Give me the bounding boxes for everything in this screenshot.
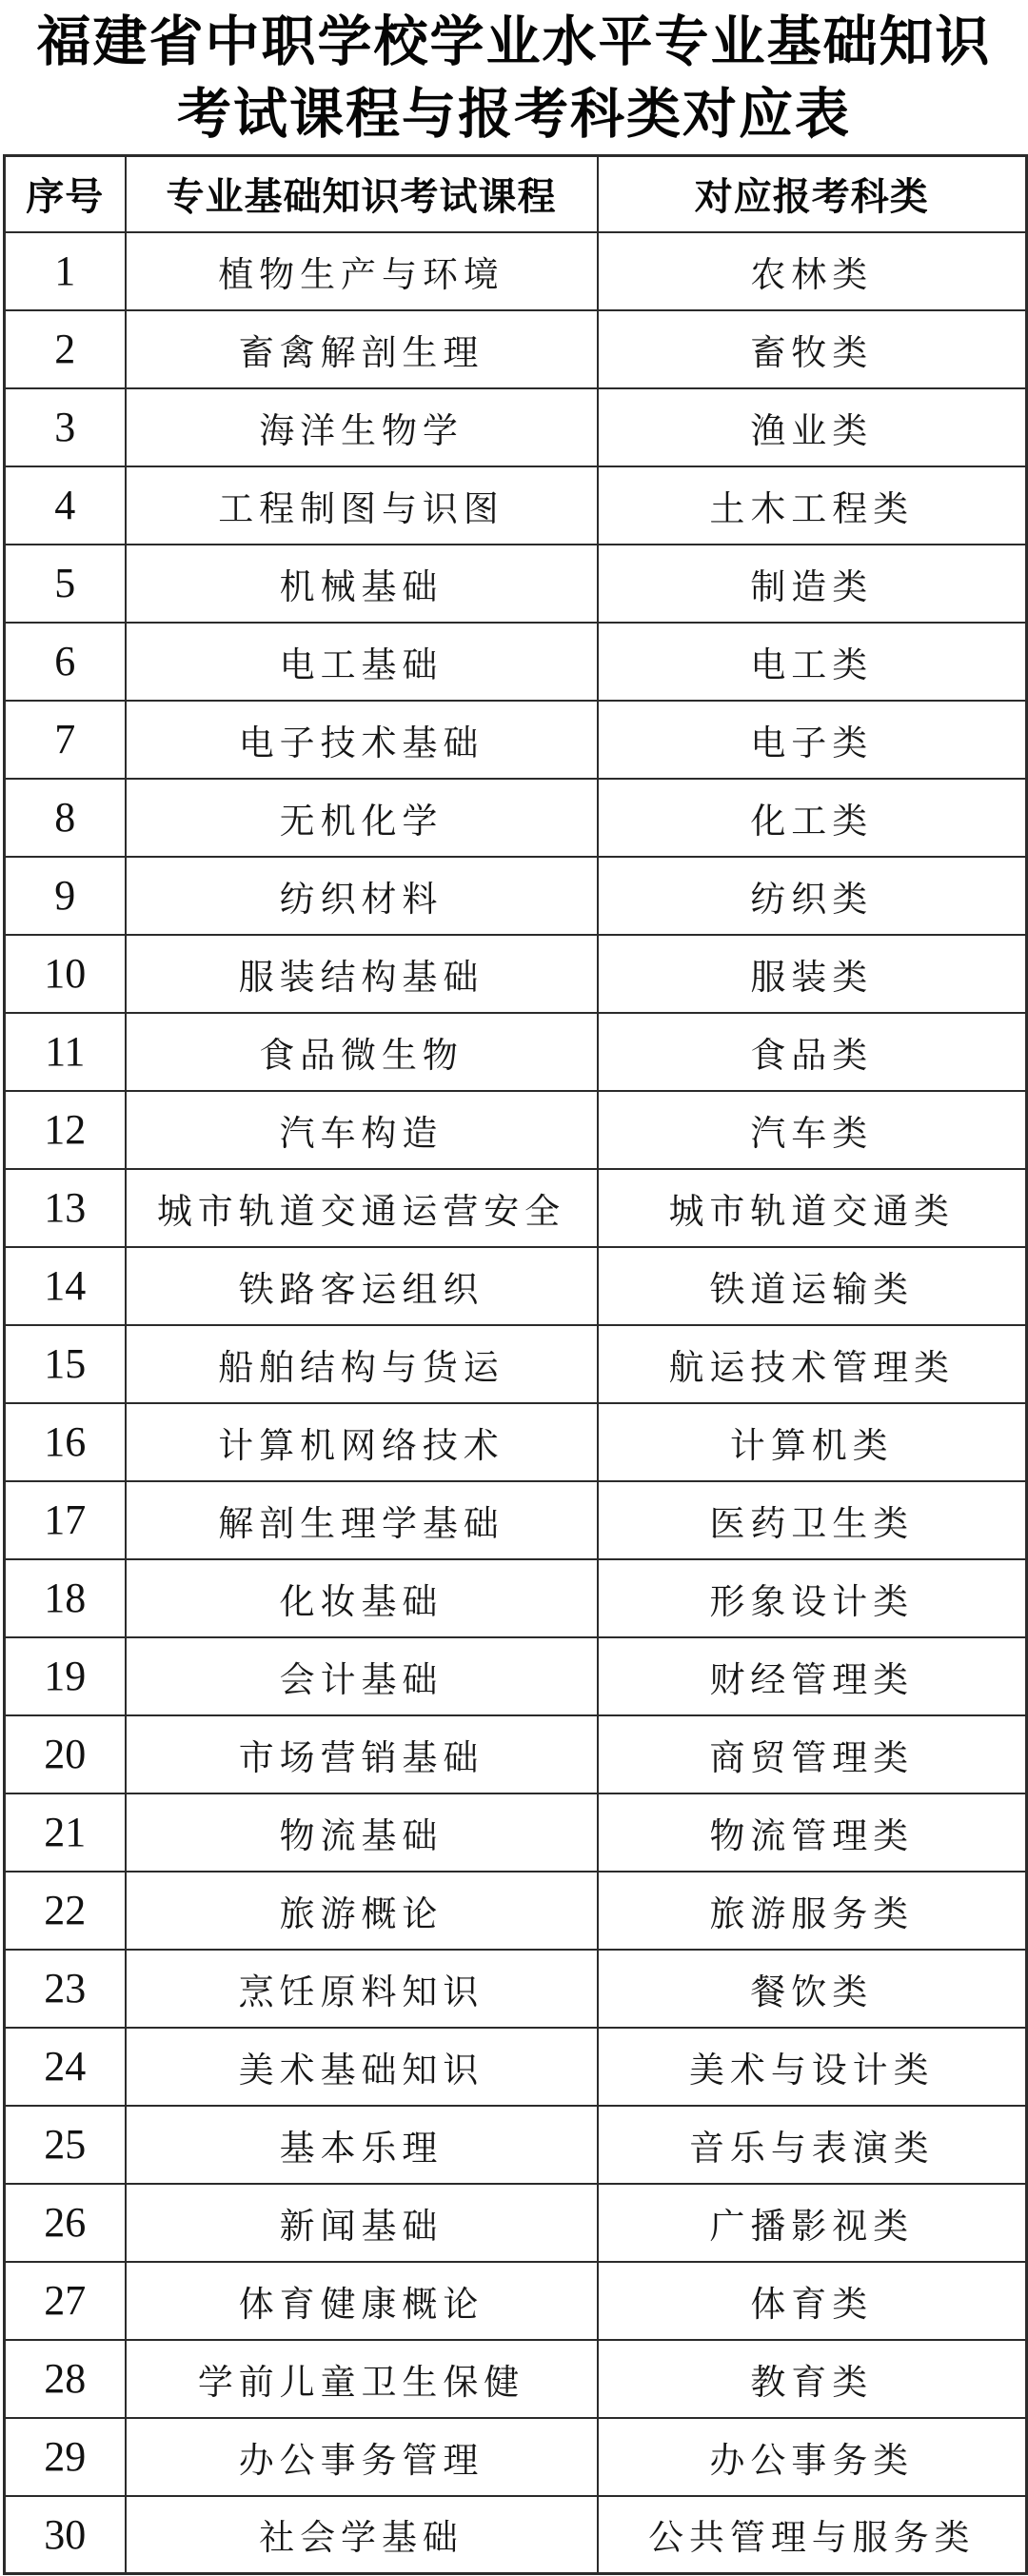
- category-cell: 公共管理与服务类: [598, 2496, 1027, 2574]
- row-number-cell: 26: [5, 2184, 126, 2262]
- course-cell: 物流基础: [126, 1793, 598, 1872]
- course-cell: 会计基础: [126, 1637, 598, 1715]
- page: 福建省中职学校学业水平专业基础知识 考试课程与报考科类对应表 序号 专业基础知识…: [0, 0, 1028, 2576]
- row-number-cell: 12: [5, 1091, 126, 1169]
- table-row: 15 船舶结构与货运 航运技术管理类: [5, 1325, 1027, 1403]
- category-cell: 餐饮类: [598, 1950, 1027, 2028]
- table-row: 27 体育健康概论 体育类: [5, 2262, 1027, 2340]
- course-cell: 电工基础: [126, 623, 598, 701]
- course-cell: 学前儿童卫生保健: [126, 2340, 598, 2418]
- category-cell: 农林类: [598, 232, 1027, 310]
- course-category-table: 序号 专业基础知识考试课程 对应报考科类 1 植物生产与环境 农林类 2 畜禽解…: [3, 154, 1028, 2575]
- row-number-cell: 14: [5, 1247, 126, 1325]
- row-number-cell: 1: [5, 232, 126, 310]
- category-cell: 服装类: [598, 935, 1027, 1013]
- table-row: 23 烹饪原料知识 餐饮类: [5, 1950, 1027, 2028]
- category-cell: 土木工程类: [598, 466, 1027, 545]
- table-row: 18 化妆基础 形象设计类: [5, 1559, 1027, 1637]
- table-row: 6 电工基础 电工类: [5, 623, 1027, 701]
- row-number-cell: 20: [5, 1715, 126, 1793]
- course-cell: 新闻基础: [126, 2184, 598, 2262]
- category-cell: 商贸管理类: [598, 1715, 1027, 1793]
- row-number-cell: 25: [5, 2106, 126, 2184]
- category-cell: 渔业类: [598, 388, 1027, 466]
- category-cell: 铁道运输类: [598, 1247, 1027, 1325]
- table-row: 9 纺织材料 纺织类: [5, 857, 1027, 935]
- table-row: 17 解剖生理学基础 医药卫生类: [5, 1481, 1027, 1559]
- category-cell: 化工类: [598, 779, 1027, 857]
- table-row: 5 机械基础 制造类: [5, 545, 1027, 623]
- category-cell: 畜牧类: [598, 310, 1027, 388]
- category-cell: 电工类: [598, 623, 1027, 701]
- row-number-cell: 21: [5, 1793, 126, 1872]
- row-number-cell: 5: [5, 545, 126, 623]
- table-body: 1 植物生产与环境 农林类 2 畜禽解剖生理 畜牧类 3 海洋生物学 渔业类 4…: [5, 232, 1027, 2574]
- table-row: 3 海洋生物学 渔业类: [5, 388, 1027, 466]
- table-row: 26 新闻基础 广播影视类: [5, 2184, 1027, 2262]
- row-number-cell: 22: [5, 1872, 126, 1950]
- category-cell: 航运技术管理类: [598, 1325, 1027, 1403]
- category-cell: 汽车类: [598, 1091, 1027, 1169]
- course-cell: 无机化学: [126, 779, 598, 857]
- category-cell: 城市轨道交通类: [598, 1169, 1027, 1247]
- course-cell: 食品微生物: [126, 1013, 598, 1091]
- course-cell: 纺织材料: [126, 857, 598, 935]
- table-header: 序号 专业基础知识考试课程 对应报考科类: [5, 156, 1027, 232]
- course-cell: 海洋生物学: [126, 388, 598, 466]
- course-cell: 市场营销基础: [126, 1715, 598, 1793]
- course-cell: 社会学基础: [126, 2496, 598, 2574]
- category-cell: 形象设计类: [598, 1559, 1027, 1637]
- category-cell: 医药卫生类: [598, 1481, 1027, 1559]
- row-number-cell: 18: [5, 1559, 126, 1637]
- category-cell: 办公事务类: [598, 2418, 1027, 2496]
- table-row: 2 畜禽解剖生理 畜牧类: [5, 310, 1027, 388]
- course-cell: 电子技术基础: [126, 701, 598, 779]
- header-index: 序号: [5, 156, 126, 232]
- course-cell: 机械基础: [126, 545, 598, 623]
- course-cell: 铁路客运组织: [126, 1247, 598, 1325]
- row-number-cell: 4: [5, 466, 126, 545]
- header-course: 专业基础知识考试课程: [126, 156, 598, 232]
- table-row: 12 汽车构造 汽车类: [5, 1091, 1027, 1169]
- row-number-cell: 29: [5, 2418, 126, 2496]
- row-number-cell: 13: [5, 1169, 126, 1247]
- table-row: 7 电子技术基础 电子类: [5, 701, 1027, 779]
- row-number-cell: 10: [5, 935, 126, 1013]
- course-cell: 船舶结构与货运: [126, 1325, 598, 1403]
- table-row: 19 会计基础 财经管理类: [5, 1637, 1027, 1715]
- table-row: 24 美术基础知识 美术与设计类: [5, 2028, 1027, 2106]
- course-cell: 基本乐理: [126, 2106, 598, 2184]
- row-number-cell: 27: [5, 2262, 126, 2340]
- category-cell: 纺织类: [598, 857, 1027, 935]
- row-number-cell: 23: [5, 1950, 126, 2028]
- table-row: 29 办公事务管理 办公事务类: [5, 2418, 1027, 2496]
- table-row: 21 物流基础 物流管理类: [5, 1793, 1027, 1872]
- row-number-cell: 6: [5, 623, 126, 701]
- table-row: 20 市场营销基础 商贸管理类: [5, 1715, 1027, 1793]
- table-row: 22 旅游概论 旅游服务类: [5, 1872, 1027, 1950]
- row-number-cell: 9: [5, 857, 126, 935]
- category-cell: 计算机类: [598, 1403, 1027, 1481]
- table-row: 14 铁路客运组织 铁道运输类: [5, 1247, 1027, 1325]
- category-cell: 电子类: [598, 701, 1027, 779]
- table-row: 8 无机化学 化工类: [5, 779, 1027, 857]
- row-number-cell: 15: [5, 1325, 126, 1403]
- row-number-cell: 16: [5, 1403, 126, 1481]
- header-category: 对应报考科类: [598, 156, 1027, 232]
- category-cell: 物流管理类: [598, 1793, 1027, 1872]
- page-title-line-1: 福建省中职学校学业水平专业基础知识: [0, 6, 1028, 78]
- category-cell: 音乐与表演类: [598, 2106, 1027, 2184]
- table-row: 4 工程制图与识图 土木工程类: [5, 466, 1027, 545]
- category-cell: 体育类: [598, 2262, 1027, 2340]
- row-number-cell: 17: [5, 1481, 126, 1559]
- row-number-cell: 28: [5, 2340, 126, 2418]
- category-cell: 广播影视类: [598, 2184, 1027, 2262]
- row-number-cell: 3: [5, 388, 126, 466]
- course-cell: 解剖生理学基础: [126, 1481, 598, 1559]
- course-cell: 美术基础知识: [126, 2028, 598, 2106]
- category-cell: 食品类: [598, 1013, 1027, 1091]
- row-number-cell: 24: [5, 2028, 126, 2106]
- table-row: 16 计算机网络技术 计算机类: [5, 1403, 1027, 1481]
- course-cell: 办公事务管理: [126, 2418, 598, 2496]
- category-cell: 制造类: [598, 545, 1027, 623]
- page-title-line-2: 考试课程与报考科类对应表: [0, 78, 1028, 150]
- category-cell: 教育类: [598, 2340, 1027, 2418]
- table-row: 25 基本乐理 音乐与表演类: [5, 2106, 1027, 2184]
- course-cell: 城市轨道交通运营安全: [126, 1169, 598, 1247]
- course-cell: 工程制图与识图: [126, 466, 598, 545]
- row-number-cell: 8: [5, 779, 126, 857]
- course-cell: 烹饪原料知识: [126, 1950, 598, 2028]
- course-cell: 汽车构造: [126, 1091, 598, 1169]
- course-cell: 服装结构基础: [126, 935, 598, 1013]
- table-row: 30 社会学基础 公共管理与服务类: [5, 2496, 1027, 2574]
- category-cell: 财经管理类: [598, 1637, 1027, 1715]
- category-cell: 旅游服务类: [598, 1872, 1027, 1950]
- table-row: 11 食品微生物 食品类: [5, 1013, 1027, 1091]
- row-number-cell: 30: [5, 2496, 126, 2574]
- row-number-cell: 11: [5, 1013, 126, 1091]
- course-cell: 化妆基础: [126, 1559, 598, 1637]
- course-cell: 计算机网络技术: [126, 1403, 598, 1481]
- page-title: 福建省中职学校学业水平专业基础知识 考试课程与报考科类对应表: [0, 0, 1028, 150]
- category-cell: 美术与设计类: [598, 2028, 1027, 2106]
- course-cell: 植物生产与环境: [126, 232, 598, 310]
- table-row: 13 城市轨道交通运营安全 城市轨道交通类: [5, 1169, 1027, 1247]
- course-cell: 畜禽解剖生理: [126, 310, 598, 388]
- table-row: 10 服装结构基础 服装类: [5, 935, 1027, 1013]
- table-row: 28 学前儿童卫生保健 教育类: [5, 2340, 1027, 2418]
- header-row: 序号 专业基础知识考试课程 对应报考科类: [5, 156, 1027, 232]
- row-number-cell: 7: [5, 701, 126, 779]
- course-cell: 旅游概论: [126, 1872, 598, 1950]
- course-cell: 体育健康概论: [126, 2262, 598, 2340]
- row-number-cell: 19: [5, 1637, 126, 1715]
- table-row: 1 植物生产与环境 农林类: [5, 232, 1027, 310]
- row-number-cell: 2: [5, 310, 126, 388]
